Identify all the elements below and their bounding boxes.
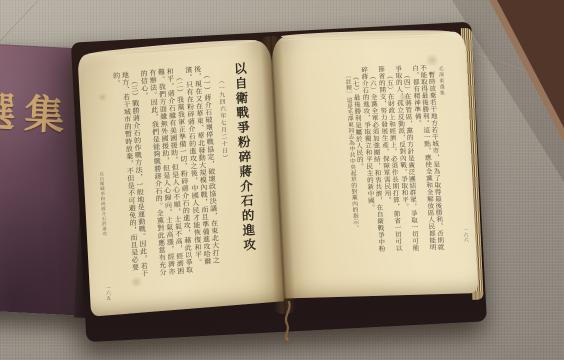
open-book: 以自衛戰爭粉碎蔣介石的進攻 （一九四六年七月二十日） （一）蔣介石破壞停戰協定，… bbox=[77, 24, 479, 326]
right-page: 毛澤東選集 暫時放棄若干地方若干城市，是為了取得最後勝利，否則就不能取得最後勝利… bbox=[271, 31, 479, 298]
cover-character: 集 bbox=[23, 83, 66, 142]
right-page-text: 毛澤東選集 暫時放棄若干地方若干城市，是為了取得最後勝利，否則就不能取得最後勝利… bbox=[294, 64, 458, 256]
left-page: 以自衛戰爭粉碎蔣介石的進攻 （一九四六年七月二十日） （一）蔣介石破壞停戰協定，… bbox=[77, 39, 284, 316]
article-title: 以自衛戰爭粉碎蔣介石的進攻 bbox=[230, 61, 259, 274]
right-page-number: 一六六 bbox=[462, 227, 470, 251]
closed-book-title-lettering: 選 集 bbox=[0, 80, 66, 142]
left-page-number: 一六五 bbox=[105, 285, 113, 312]
left-page-text: 以自衛戰爭粉碎蔣介石的進攻 （一九四六年七月二十日） （一）蔣介石破壞停戰協定，… bbox=[112, 61, 259, 284]
running-footer-title: 以自衛戰爭粉碎蔣介石的進攻 bbox=[98, 171, 110, 281]
cover-character-partial: 選 bbox=[0, 80, 17, 139]
bookmark-tassel bbox=[277, 300, 303, 346]
museum-display-photo: 選 集 以自衛戰爭粉碎蔣介石的進攻 （一九四六年七月二十日） （一）蔣介石破壞停… bbox=[0, 0, 564, 360]
foxing-spot bbox=[97, 93, 107, 102]
